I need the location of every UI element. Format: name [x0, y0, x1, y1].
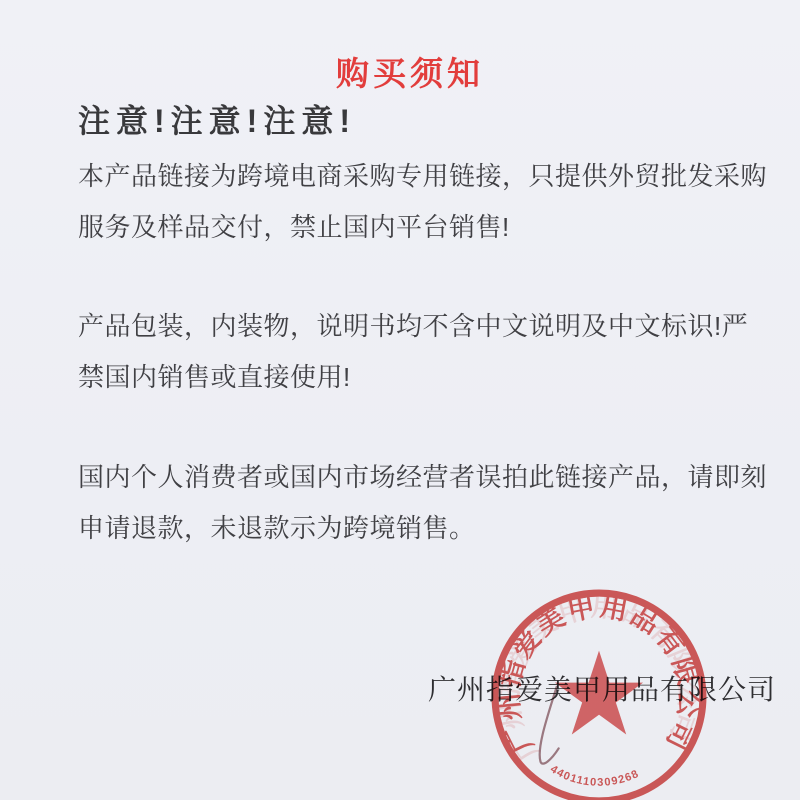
paragraph-line: 国内个人消费者或国内市场经营者误拍此链接产品，请即刻: [78, 452, 768, 503]
page-title: 购买须知: [10, 48, 800, 95]
paragraph-line: 产品包装，内装物，说明书均不含中文说明及中文标识!严: [78, 301, 768, 352]
paragraph-line: 申请退款，未退款示为跨境销售。: [78, 503, 768, 554]
paragraph-line: 禁国内销售或直接使用!: [78, 352, 768, 403]
company-seal-stamp: 广州指爱美甲用品有限公司 4401110309268: [488, 586, 710, 800]
star-icon: [555, 651, 643, 735]
pen-mark: [540, 687, 559, 764]
attention-heading: 注意!注意!注意!: [78, 96, 356, 142]
notice-document: 购买须知 注意!注意!注意! 本产品链接为跨境电商采购专用链接，只提供外贸批发采…: [0, 0, 800, 800]
paragraph-line: 服务及样品交付，禁止国内平台销售!: [78, 202, 768, 253]
notice-paragraph-2: 产品包装，内装物，说明书均不含中文说明及中文标识!严 禁国内销售或直接使用!: [78, 301, 768, 403]
paragraph-line: 本产品链接为跨境电商采购专用链接，只提供外贸批发采购: [78, 151, 768, 202]
notice-paragraph-1: 本产品链接为跨境电商采购专用链接，只提供外贸批发采购 服务及样品交付，禁止国内平…: [78, 151, 768, 253]
seal-serial-number: 4401110309268: [548, 763, 641, 789]
notice-paragraph-3: 国内个人消费者或国内市场经营者误拍此链接产品，请即刻 申请退款，未退款示为跨境销…: [78, 452, 768, 554]
